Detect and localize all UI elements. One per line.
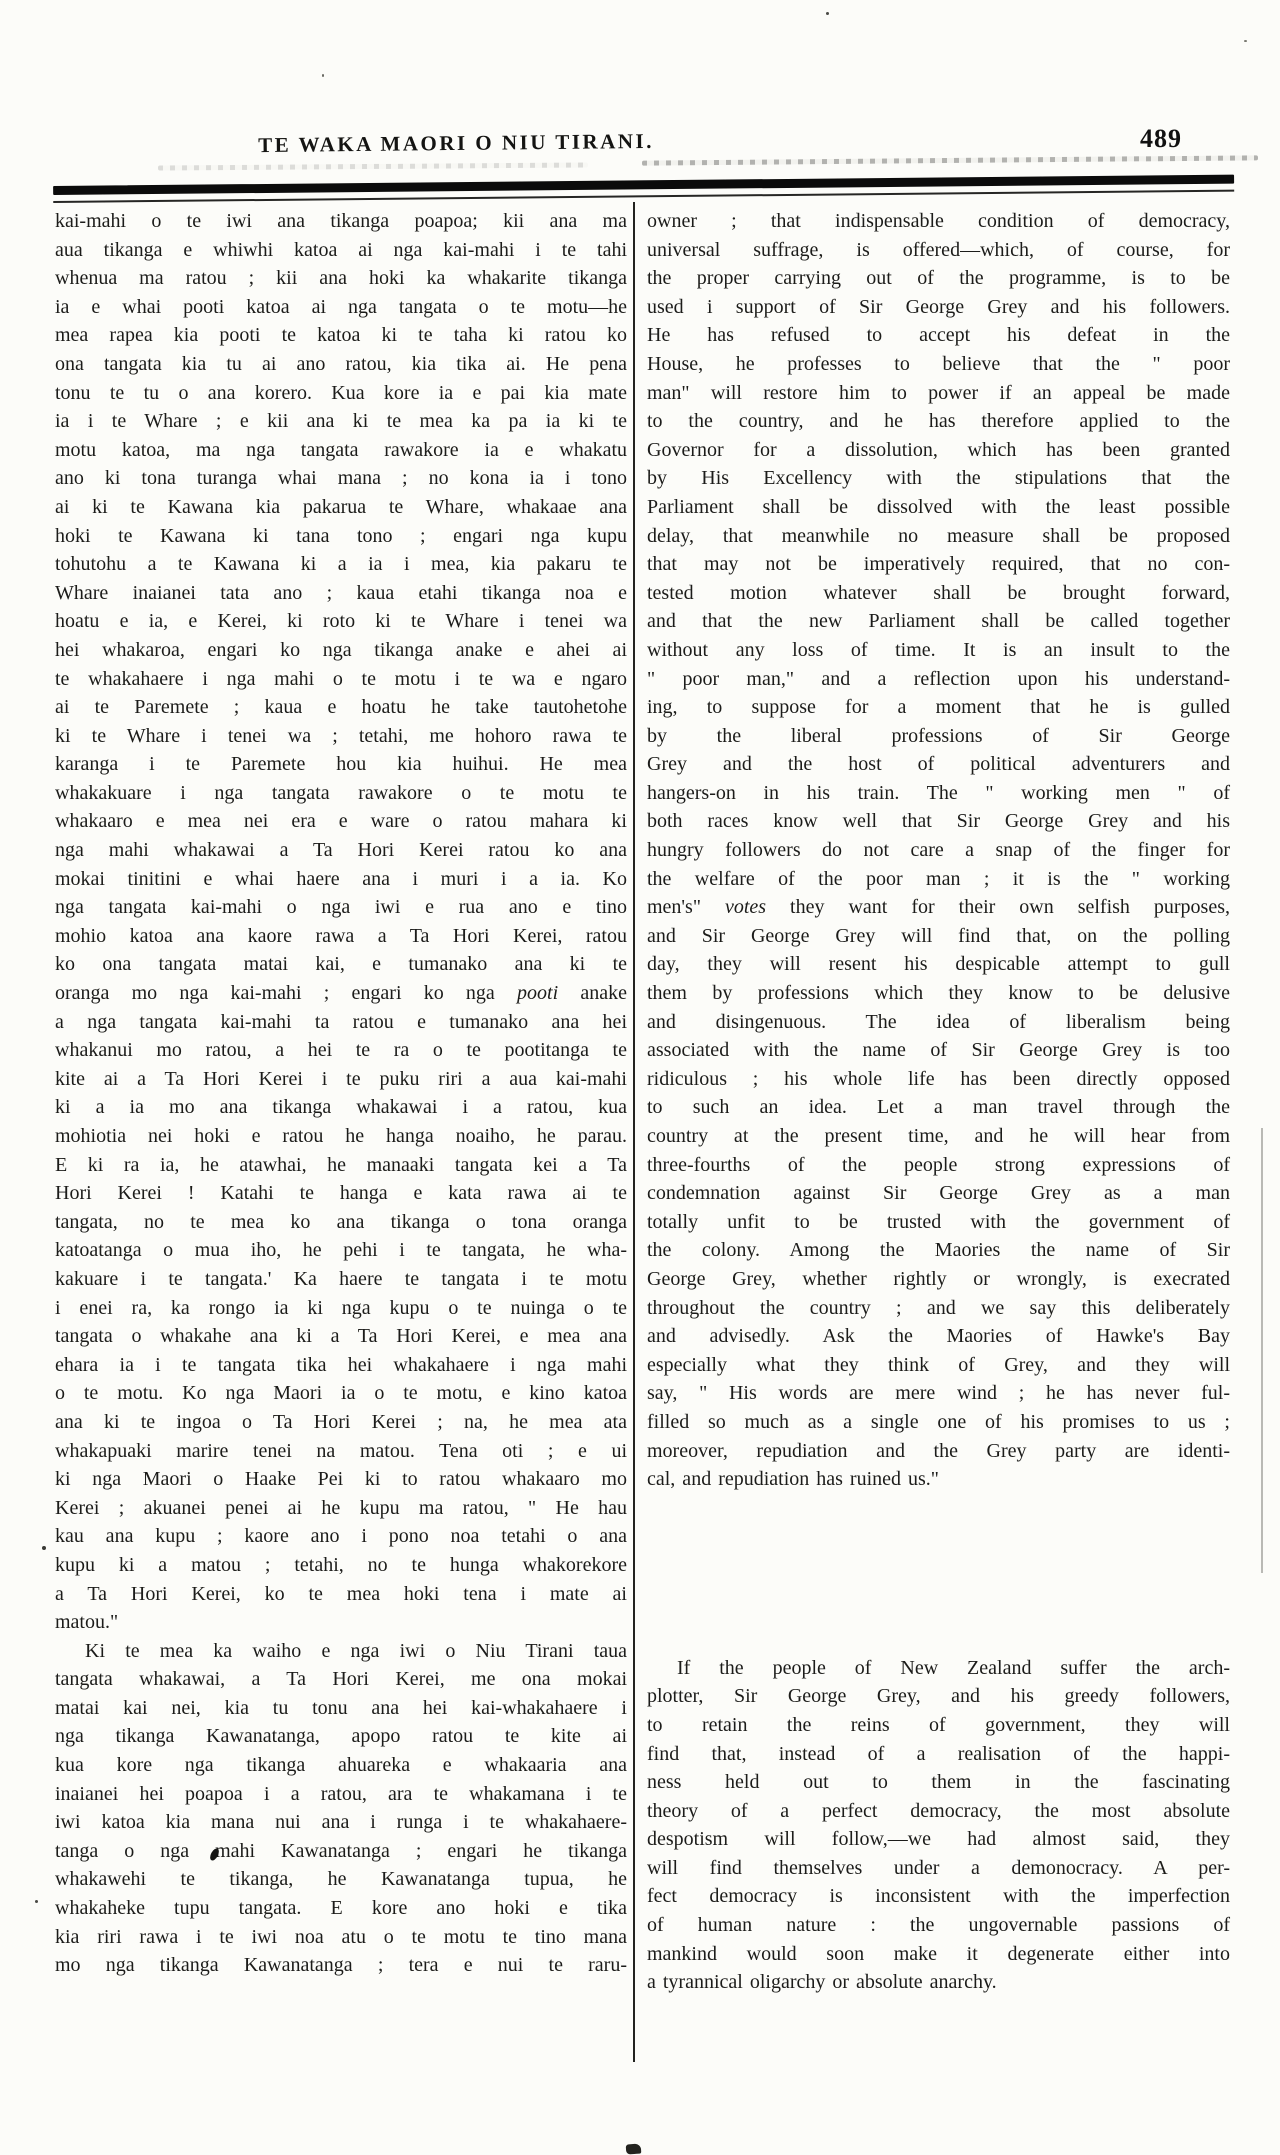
text-line: hoki te Kawana ki tana tono ; engari nga… [55, 522, 627, 551]
text-line: If the people of New Zealand suffer the … [647, 1654, 1230, 1683]
text-line: Kerei ; akuanei penei ai he kupu ma rato… [55, 1494, 627, 1523]
text-line: tohutohu a te Kawana ki a ia i mea, kia … [55, 550, 627, 579]
text-line: He has refused to accept his defeat in t… [647, 321, 1230, 350]
text-line: motu katoa, ma nga tangata rawakore ia e… [55, 436, 627, 465]
header-rules [53, 165, 1234, 203]
text-line: and that the new Parliament shall be cal… [647, 607, 1230, 636]
text-line: totally unfit to be trusted with the gov… [647, 1208, 1230, 1237]
text-line: country at the present time, and he will… [647, 1122, 1230, 1151]
scan-streak [642, 155, 1258, 165]
text-line: mankind would soon make it degenerate ei… [647, 1940, 1230, 1969]
text-line: mea rapea kia pooti te katoa ki te taha … [55, 321, 627, 350]
text-line: day, they will resent his despicable att… [647, 950, 1230, 979]
text-line: ehara ia i te tangata tika hei whakahaer… [55, 1351, 627, 1380]
text-line: Ki te mea ka waiho e nga iwi o Niu Tiran… [55, 1637, 627, 1666]
text-line: by the liberal professions of Sir George [647, 722, 1230, 751]
text-line: to such an idea. Let a man travel throug… [647, 1093, 1230, 1122]
text-line: ano ki tona turanga whai mana ; no kona … [55, 464, 627, 493]
text-line: oranga mo nga kai-mahi ; engari ko nga p… [55, 979, 627, 1008]
scan-smudge [626, 2143, 642, 2154]
text-line: George Grey, whether rightly or wrongly,… [647, 1265, 1230, 1294]
text-line: and disingenuous. The idea of liberalism… [647, 1008, 1230, 1037]
text-line: matou." [55, 1608, 627, 1637]
text-line: kau ana kupu ; kaore ano i pono noa teta… [55, 1522, 627, 1551]
text-line: ki te Whare i tenei wa ; tetahi, me hoho… [55, 722, 627, 751]
text-line: ai te Paremete ; kaua e hoatu he take ta… [55, 693, 627, 722]
text-line: find that, instead of a realisation of t… [647, 1740, 1230, 1769]
text-line: throughout the country ; and we say this… [647, 1294, 1230, 1323]
text-line: that may not be imperatively required, t… [647, 550, 1230, 579]
text-line: to retain the reins of government, they … [647, 1711, 1230, 1740]
text-line: whenua ma ratou ; kii ana hoki ka whakar… [55, 264, 627, 293]
text-line: delay, that meanwhile no measure shall b… [647, 522, 1230, 551]
text-line: filled so much as a single one of his pr… [647, 1408, 1230, 1437]
text-line: universal suffrage, is offered—which, of… [647, 236, 1230, 265]
text-line: inaianei hei poapoa i a ratou, ara te wh… [55, 1780, 627, 1809]
text-line: ana ki te ingoa o Ta Hori Kerei ; na, he… [55, 1408, 627, 1437]
text-line: whakaaro e mea nei era e ware o ratou ma… [55, 807, 627, 836]
text-line: whakakuare i nga tangata rawakore o te m… [55, 779, 627, 808]
text-line: of human nature : the ungovernable passi… [647, 1911, 1230, 1940]
text-line: used i support of Sir George Grey and hi… [647, 293, 1230, 322]
text-line: Grey and the host of political adventure… [647, 750, 1230, 779]
text-line: ona tangata kia tu ai ano ratou, kia tik… [55, 350, 627, 379]
text-line: Hori Kerei ! Katahi te hanga e kata rawa… [55, 1179, 627, 1208]
text-line: mohio katoa ana kaore rawa a Ta Hori Ker… [55, 922, 627, 951]
text-line: the proper carrying out of the programme… [647, 264, 1230, 293]
text-line: fect democracy is inconsistent with the … [647, 1882, 1230, 1911]
paragraph: owner ; that indispensable condition of … [647, 207, 1230, 1494]
text-line: matai kai nei, kia tu tonu ana hei kai-w… [55, 1694, 627, 1723]
text-line: whakawehi te tikanga, he Kawanatanga tup… [55, 1865, 627, 1894]
text-line: hangers-on in his train. The " working m… [647, 779, 1230, 808]
text-line: mokai tinitini e whai haere ana i muri i… [55, 865, 627, 894]
text-line: House, he professes to believe that the … [647, 350, 1230, 379]
text-line: kite ai a Ta Hori Kerei i te puku riri a… [55, 1065, 627, 1094]
text-line: nga tikanga Kawanatanga, apopo ratou te … [55, 1722, 627, 1751]
text-line: a nga tangata kai-mahi ta ratou e tumana… [55, 1008, 627, 1037]
scan-speckle [35, 1900, 38, 1903]
text-line: associated with the name of Sir George G… [647, 1036, 1230, 1065]
text-line: tangata o whakahe ana ki a Ta Hori Kerei… [55, 1322, 627, 1351]
text-line: ness held out to them in the fascinating [647, 1768, 1230, 1797]
text-line: whakapuaki marire tenei na matou. Tena o… [55, 1437, 627, 1466]
text-line: hei whakaroa, engari ko nga tikanga anak… [55, 636, 627, 665]
text-line: condemnation against Sir George Grey as … [647, 1179, 1230, 1208]
text-line: hungry followers do not care a snap of t… [647, 836, 1230, 865]
text-line: ia e whai pooti katoa ai nga tangata o t… [55, 293, 627, 322]
text-line: theory of a perfect democracy, the most … [647, 1797, 1230, 1826]
text-line: kupu ki a matou ; tetahi, no te hunga wh… [55, 1551, 627, 1580]
text-line: the colony. Among the Maories the name o… [647, 1236, 1230, 1265]
masthead-title: TE WAKA MAORI O NIU TIRANI. [258, 129, 654, 158]
text-line: mohiotia nei hoki e ratou he hanga noaih… [55, 1122, 627, 1151]
text-line: nga mahi whakawai a Ta Hori Kerei ratou … [55, 836, 627, 865]
text-line: ko ona tangata matai kai, e tumanako ana… [55, 950, 627, 979]
text-line: and advisedly. Ask the Maories of Hawke'… [647, 1322, 1230, 1351]
text-line: both races know well that Sir George Gre… [647, 807, 1230, 836]
text-line: ki nga Maori o Haake Pei ki to ratou wha… [55, 1465, 627, 1494]
text-line: E ki ra ia, he atawhai, he manaaki tanga… [55, 1151, 627, 1180]
text-line: o te motu. Ko nga Maori ia o te motu, e … [55, 1379, 627, 1408]
paragraph: kai-mahi o te iwi ana tikanga poapoa; ki… [55, 207, 627, 1637]
text-line: cal, and repudiation has ruined us." [647, 1465, 1230, 1494]
text-line: whakanui mo ratou, a hei te ra o te poot… [55, 1036, 627, 1065]
text-line: tangata whakawai, a Ta Hori Kerei, me on… [55, 1665, 627, 1694]
paragraph: If the people of New Zealand suffer the … [647, 1654, 1230, 1997]
text-line: Governor for a dissolution, which has be… [647, 436, 1230, 465]
text-line: Parliament shall be dissolved with the l… [647, 493, 1230, 522]
scan-speckle [826, 12, 829, 15]
text-line: aua tikanga e whiwhi katoa ai nga kai-ma… [55, 236, 627, 265]
text-line: karanga i te Paremete hou kia huihui. He… [55, 750, 627, 779]
text-line: iwi katoa kia mana nui ana i runga i te … [55, 1808, 627, 1837]
scan-speckle [42, 1546, 46, 1550]
scan-edge-line [1261, 1128, 1263, 1573]
scan-speckle [322, 74, 324, 77]
text-line: ing, to suppose for a moment that he is … [647, 693, 1230, 722]
text-line: tested motion whatever shall be brought … [647, 579, 1230, 608]
text-line: moreover, repudiation and the Grey party… [647, 1437, 1230, 1466]
left-column: kai-mahi o te iwi ana tikanga poapoa; ki… [55, 207, 627, 1980]
text-line: kua kore nga tikanga ahuareka e whakaari… [55, 1751, 627, 1780]
text-line: ai ki te Kawana kia pakarua te Whare, wh… [55, 493, 627, 522]
text-line: katoatanga o mua iho, he pehi i te tanga… [55, 1236, 627, 1265]
text-line: despotism will follow,—we had almost sai… [647, 1825, 1230, 1854]
text-line: hoatu e ia, e Kerei, ki roto ki te Whare… [55, 607, 627, 636]
scan-speckle [1244, 40, 1247, 42]
text-line: owner ; that indispensable condition of … [647, 207, 1230, 236]
text-line: to the country, and he has therefore app… [647, 407, 1230, 436]
text-line: kakuare i te tangata.' Ka haere te tanga… [55, 1265, 627, 1294]
text-line: men's" votes they want for their own sel… [647, 893, 1230, 922]
text-line: " poor man," and a reflection upon his u… [647, 665, 1230, 694]
text-line: tonu te tu o ana korero. Kua kore ia e p… [55, 379, 627, 408]
text-line: and Sir George Grey will find that, on t… [647, 922, 1230, 951]
text-line: kai-mahi o te iwi ana tikanga poapoa; ki… [55, 207, 627, 236]
text-line: by His Excellency with the stipulations … [647, 464, 1230, 493]
text-line: nga tangata kai-mahi o nga iwi e rua ano… [55, 893, 627, 922]
text-line: te whakahaere i nga mahi o te motu i te … [55, 665, 627, 694]
paragraph: Ki te mea ka waiho e nga iwi o Niu Tiran… [55, 1637, 627, 1980]
text-line: plotter, Sir George Grey, and his greedy… [647, 1682, 1230, 1711]
text-line: three-fourths of the people strong expre… [647, 1151, 1230, 1180]
text-line: ki a ia mo ana tikanga whakawai i a rato… [55, 1093, 627, 1122]
newspaper-page: TE WAKA MAORI O NIU TIRANI. 489 kai-mahi… [0, 0, 1280, 2155]
text-line: kia riri rawa i te iwi noa atu o te motu… [55, 1923, 627, 1952]
text-line: a tyrannical oligarchy or absolute anarc… [647, 1968, 1230, 1997]
text-line: whakaheke tupu tangata. E kore ano hoki … [55, 1894, 627, 1923]
text-line: tangata, no te mea ko ana tikanga o tona… [55, 1208, 627, 1237]
text-line: them by professions which they know to b… [647, 979, 1230, 1008]
text-line: the welfare of the poor man ; it is the … [647, 865, 1230, 894]
page-number: 489 [1140, 124, 1182, 154]
text-line: will find themselves under a demonocracy… [647, 1854, 1230, 1883]
text-line: man" will restore him to power if an app… [647, 379, 1230, 408]
scan-streak [158, 162, 588, 170]
text-line: without any loss of time. It is an insul… [647, 636, 1230, 665]
text-line: a Ta Hori Kerei, ko te mea hoki tena i m… [55, 1580, 627, 1609]
text-line: especially what they think of Grey, and … [647, 1351, 1230, 1380]
text-line: ridiculous ; his whole life has been dir… [647, 1065, 1230, 1094]
text-line: i enei ra, ka rongo ia ki nga kupu o te … [55, 1294, 627, 1323]
text-line: tanga o nga mahi Kawanatanga ; engari he… [55, 1837, 627, 1866]
right-column: owner ; that indispensable condition of … [647, 207, 1230, 1997]
text-line: say, " His words are mere wind ; he has … [647, 1379, 1230, 1408]
text-line: mo nga tikanga Kawanatanga ; tera e nui … [55, 1951, 627, 1980]
text-line: Whare inaianei tata ano ; kaua etahi tik… [55, 579, 627, 608]
text-line: ia i te Whare ; e kii ana ki te mea ka p… [55, 407, 627, 436]
column-divider-rule [633, 202, 635, 2062]
